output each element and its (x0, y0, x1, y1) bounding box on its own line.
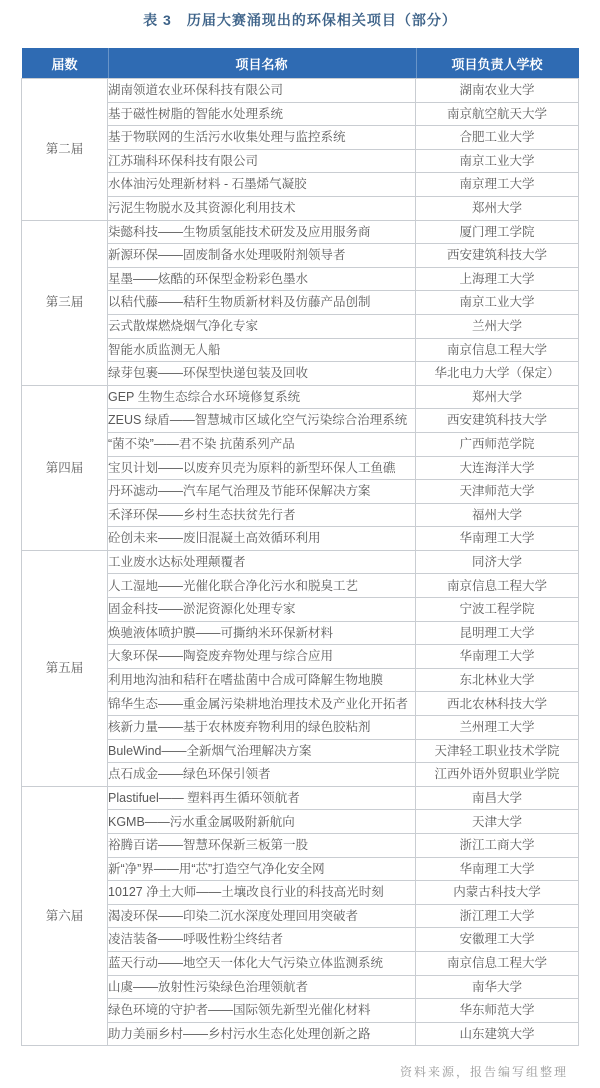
project-cell: GEP 生物生态综合水环境修复系统 (108, 385, 416, 409)
school-cell: 同济大学 (416, 550, 579, 574)
project-cell: 点石成金——绿色环保引领者 (108, 763, 416, 787)
school-cell: 东北林业大学 (416, 668, 579, 692)
school-cell: 郑州大学 (416, 385, 579, 409)
school-cell: 天津师范大学 (416, 480, 579, 504)
project-cell: 固金科技——淤泥资源化处理专家 (108, 598, 416, 622)
school-cell: 西安建筑科技大学 (416, 409, 579, 433)
school-cell: 华南理工大学 (416, 645, 579, 669)
school-cell: 天津轻工职业技术学院 (416, 739, 579, 763)
project-cell: 渴凌环保——印染二沉水深度处理回用突破者 (108, 904, 416, 928)
school-cell: 南华大学 (416, 975, 579, 999)
school-cell: 内蒙古科技大学 (416, 881, 579, 905)
project-cell: 污泥生物脱水及其资源化利用技术 (108, 196, 416, 220)
project-cell: 星墨——炫酷的环保型金粉彩色墨水 (108, 267, 416, 291)
school-cell: 兰州理工大学 (416, 716, 579, 740)
project-cell: 核新力量——基于农林废弃物利用的绿色胶粘剂 (108, 716, 416, 740)
school-cell: 浙江理工大学 (416, 904, 579, 928)
school-cell: 天津大学 (416, 810, 579, 834)
school-cell: 山东建筑大学 (416, 1022, 579, 1046)
school-cell: 华北电力大学（保定） (416, 362, 579, 386)
table-row: 第六届Plastifuel—— 塑料再生循环领航者南昌大学 (22, 786, 579, 810)
school-cell: 福州大学 (416, 503, 579, 527)
project-cell: 新“净”界——用“芯”打造空气净化安全网 (108, 857, 416, 881)
school-cell: 湖南农业大学 (416, 79, 579, 103)
school-cell: 南京信息工程大学 (416, 338, 579, 362)
session-cell: 第五届 (22, 550, 108, 786)
school-cell: 华南理工大学 (416, 527, 579, 551)
school-cell: 上海理工大学 (416, 267, 579, 291)
project-cell: 山虞——放射性污染绿色治理领航者 (108, 975, 416, 999)
project-cell: 绿色环境的守护者——国际领先新型光催化材料 (108, 999, 416, 1023)
project-cell: 焕驰液体喷护膜——可撕纳米环保新材料 (108, 621, 416, 645)
school-cell: 华南理工大学 (416, 857, 579, 881)
projects-table: 届数 项目名称 项目负责人学校 第二届湖南领道农业环保科技有限公司湖南农业大学基… (21, 48, 579, 1046)
table-row: 第二届湖南领道农业环保科技有限公司湖南农业大学 (22, 79, 579, 103)
project-cell: 以秸代藤——秸秆生物质新材料及仿藤产品创制 (108, 291, 416, 315)
project-cell: Plastifuel—— 塑料再生循环领航者 (108, 786, 416, 810)
school-cell: 兰州大学 (416, 314, 579, 338)
project-cell: 禾泽环保——乡村生态扶贫先行者 (108, 503, 416, 527)
project-cell: 江苏瑞科环保科技有限公司 (108, 149, 416, 173)
project-cell: “菌不染”——君不染 抗菌系列产品 (108, 432, 416, 456)
table-header: 届数 项目名称 项目负责人学校 (22, 48, 579, 79)
project-cell: 人工湿地——光催化联合净化污水和脱臭工艺 (108, 574, 416, 598)
school-cell: 南京信息工程大学 (416, 951, 579, 975)
project-cell: 基于物联网的生活污水收集处理与监控系统 (108, 126, 416, 150)
school-cell: 郑州大学 (416, 196, 579, 220)
table-row: 第五届工业废水达标处理颠覆者同济大学 (22, 550, 579, 574)
school-cell: 厦门理工学院 (416, 220, 579, 244)
source-note: 资料来源，报告编写组整理 (400, 1063, 568, 1080)
school-cell: 浙江工商大学 (416, 834, 579, 858)
project-cell: 智能水质监测无人船 (108, 338, 416, 362)
project-cell: 宝贝计划——以废弃贝壳为原料的新型环保人工鱼礁 (108, 456, 416, 480)
session-cell: 第三届 (22, 220, 108, 385)
project-cell: 蓝天行动——地空天一体化大气污染立体监测系统 (108, 951, 416, 975)
school-cell: 昆明理工大学 (416, 621, 579, 645)
school-cell: 南京工业大学 (416, 149, 579, 173)
project-cell: BuleWind——全新烟气治理解决方案 (108, 739, 416, 763)
column-header-school: 项目负责人学校 (416, 48, 579, 79)
project-cell: 助力美丽乡村——乡村污水生态化处理创新之路 (108, 1022, 416, 1046)
project-cell: ZEUS 绿盾——智慧城市区域化空气污染综合治理系统 (108, 409, 416, 433)
column-header-session: 届数 (22, 48, 108, 79)
project-cell: 基于磁性树脂的智能水处理系统 (108, 102, 416, 126)
project-cell: 绿芽包裹——环保型快递包装及回收 (108, 362, 416, 386)
project-cell: 柒懿科技——生物质氢能技术研发及应用服务商 (108, 220, 416, 244)
project-cell: 湖南领道农业环保科技有限公司 (108, 79, 416, 103)
session-cell: 第六届 (22, 786, 108, 1046)
school-cell: 西北农林科技大学 (416, 692, 579, 716)
project-cell: 凌洁装备——呼吸性粉尘终结者 (108, 928, 416, 952)
school-cell: 南京理工大学 (416, 173, 579, 197)
table-row: 第三届柒懿科技——生物质氢能技术研发及应用服务商厦门理工学院 (22, 220, 579, 244)
school-cell: 安徽理工大学 (416, 928, 579, 952)
school-cell: 合肥工业大学 (416, 126, 579, 150)
school-cell: 广西师范学院 (416, 432, 579, 456)
page-title: 表 3 历届大赛涌现出的环保相关项目（部分） (0, 10, 600, 30)
column-header-project: 项目名称 (108, 48, 416, 79)
project-cell: 裕腾百诺——智慧环保新三板第一股 (108, 834, 416, 858)
school-cell: 南昌大学 (416, 786, 579, 810)
school-cell: 江西外语外贸职业学院 (416, 763, 579, 787)
project-cell: 锦华生态——重金属污染耕地治理技术及产业化开拓者 (108, 692, 416, 716)
project-cell: 云式散煤燃烧烟气净化专家 (108, 314, 416, 338)
project-cell: 大象环保——陶瓷废弃物处理与综合应用 (108, 645, 416, 669)
project-cell: 工业废水达标处理颠覆者 (108, 550, 416, 574)
project-cell: 水体油污处理新材料 - 石墨烯气凝胶 (108, 173, 416, 197)
school-cell: 西安建筑科技大学 (416, 244, 579, 268)
project-cell: 10127 净土大师——土壤改良行业的科技高光时刻 (108, 881, 416, 905)
school-cell: 南京工业大学 (416, 291, 579, 315)
session-cell: 第四届 (22, 385, 108, 550)
project-cell: 砼创未来——废旧混凝土高效循环利用 (108, 527, 416, 551)
table-body: 第二届湖南领道农业环保科技有限公司湖南农业大学基于磁性树脂的智能水处理系统南京航… (22, 79, 579, 1046)
school-cell: 宁波工程学院 (416, 598, 579, 622)
table-row: 第四届GEP 生物生态综合水环境修复系统郑州大学 (22, 385, 579, 409)
project-cell: KGMB——污水重金属吸附新航向 (108, 810, 416, 834)
school-cell: 南京航空航天大学 (416, 102, 579, 126)
session-cell: 第二届 (22, 79, 108, 221)
project-cell: 丹环滤动——汽车尾气治理及节能环保解决方案 (108, 480, 416, 504)
school-cell: 华东师范大学 (416, 999, 579, 1023)
school-cell: 南京信息工程大学 (416, 574, 579, 598)
project-cell: 利用地沟油和秸秆在嗜盐菌中合成可降解生物地膜 (108, 668, 416, 692)
school-cell: 大连海洋大学 (416, 456, 579, 480)
project-cell: 新源环保——固废制备水处理吸附剂领导者 (108, 244, 416, 268)
